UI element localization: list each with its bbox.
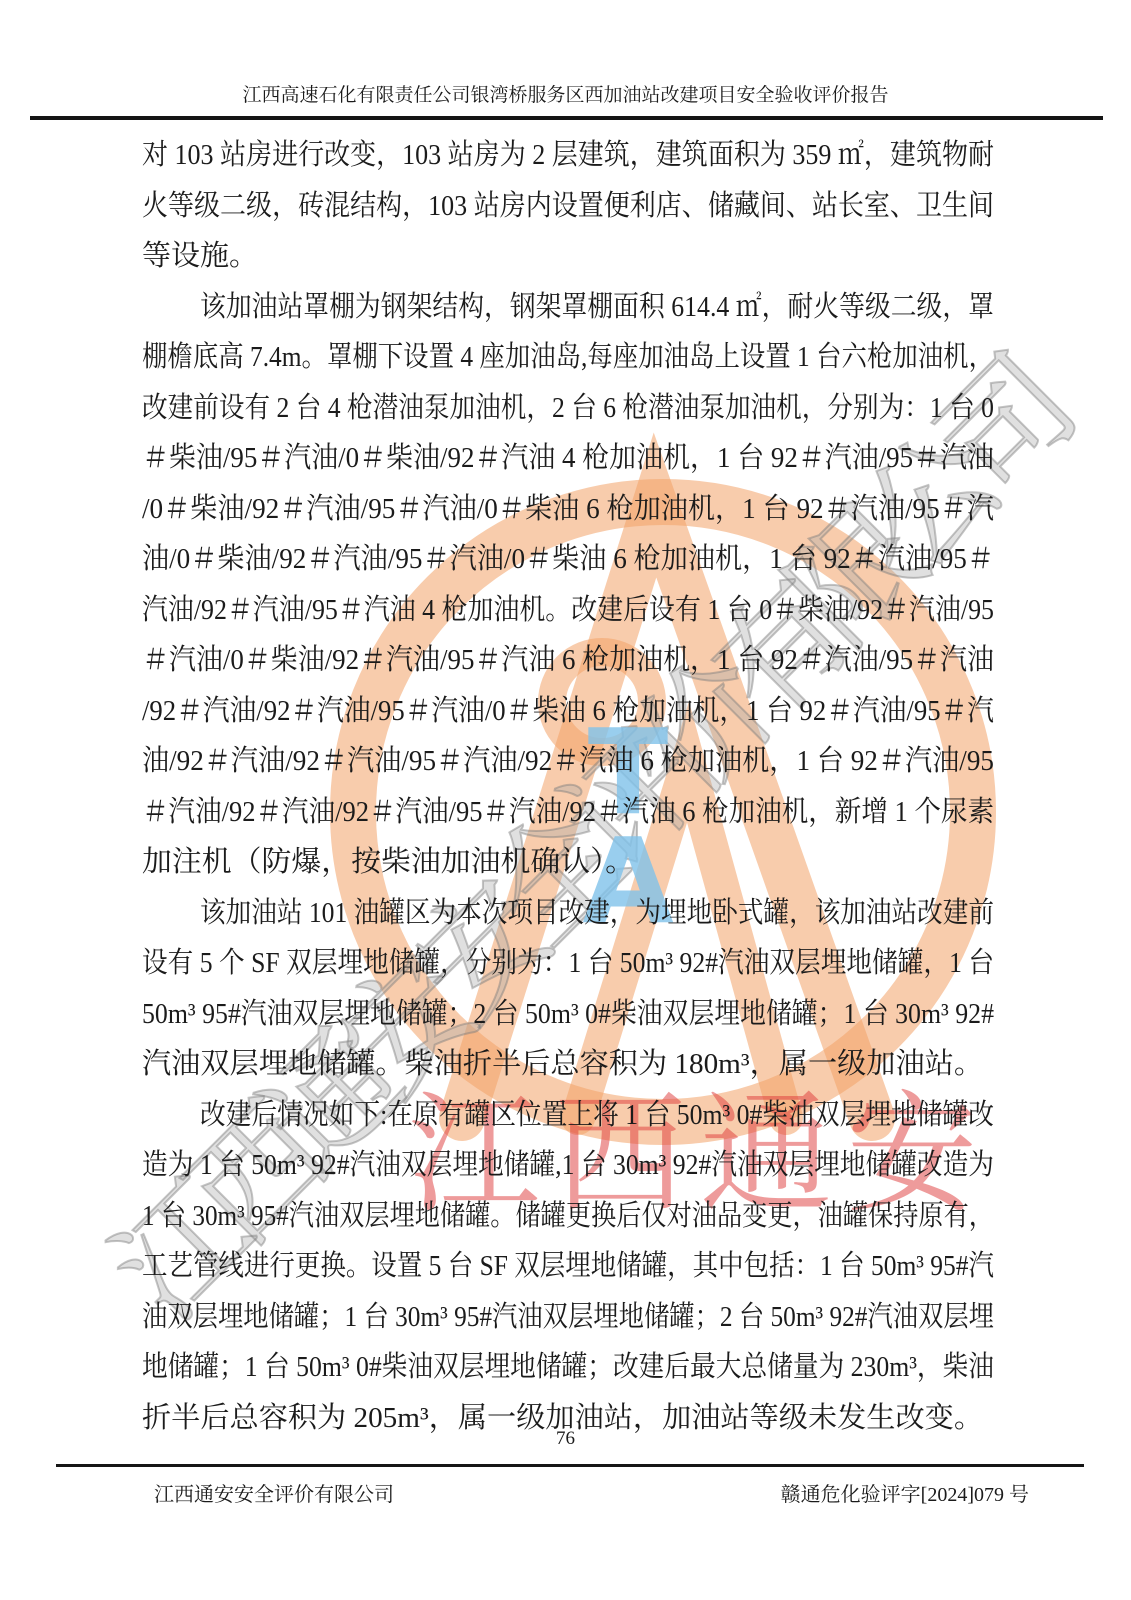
svg-text:＃柴油/95＃汽油/0＃柴油/92＃汽油 4 枪加油机，1: ＃柴油/95＃汽油/0＃柴油/92＃汽油 4 枪加油机，1 台 92＃汽油/95… <box>142 441 994 474</box>
body-line: ＃汽油/0＃柴油/92＃汽油/95＃汽油 6 枪加油机，1 台 92＃汽油/95… <box>142 632 994 683</box>
body-line: /92＃汽油/92＃汽油/95＃汽油/0＃柴油 6 枪加油机，1 台 92＃汽油… <box>142 683 994 734</box>
document-page: 江西通安安全评价有限公司 T A 江西通安 江西高速石化有限责任公司银湾桥服务区… <box>0 0 1131 1600</box>
svg-text:对 103 站房进行改变，103 站房为 2 层建筑，建筑面: 对 103 站房进行改变，103 站房为 2 层建筑，建筑面积为 359 ㎡，建… <box>142 138 994 171</box>
svg-text:油双层埋地储罐；1 台 30m³ 95#汽油双层埋地储罐；2: 油双层埋地储罐；1 台 30m³ 95#汽油双层埋地储罐；2 台 50m³ 92… <box>142 1300 994 1333</box>
body-line: ＃柴油/95＃汽油/0＃柴油/92＃汽油 4 枪加油机，1 台 92＃汽油/95… <box>142 430 994 481</box>
footer-doc-number: 赣通危化验评字[2024]079 号 <box>781 1478 1029 1507</box>
svg-text:＃汽油/92＃汽油/92＃汽油/95＃汽油/92＃汽油 6: ＃汽油/92＃汽油/92＃汽油/95＃汽油/92＃汽油 6 枪加油机，新增 1 … <box>142 795 994 828</box>
svg-text:改建后情况如下:在原有罐区位置上将 1 台 50m³ 0#柴: 改建后情况如下:在原有罐区位置上将 1 台 50m³ 0#柴油双层埋地储罐改 <box>200 1098 994 1131</box>
svg-text:造为 1 台 50m³ 92#汽油双层埋地储罐,1 台 30: 造为 1 台 50m³ 92#汽油双层埋地储罐,1 台 30m³ 92#汽油双层… <box>142 1148 994 1181</box>
body-line: 汽油/92＃汽油/95＃汽油 4 枪加油机。改建后设有 1 台 0＃柴油/92＃… <box>142 582 994 633</box>
body-line: 50m³ 95#汽油双层埋地储罐；2 台 50m³ 0#柴油双层埋地储罐；1 台… <box>142 986 994 1037</box>
footer-rule <box>56 1464 1084 1467</box>
body-line: 改建前设有 2 台 4 枪潜油泵加油机，2 台 6 枪潜油泵加油机，分别为：1 … <box>142 380 994 431</box>
svg-text:工艺管线进行更换。设置 5 台 SF 双层埋地储罐，其中包括: 工艺管线进行更换。设置 5 台 SF 双层埋地储罐，其中包括：1 台 50m³ … <box>142 1249 994 1282</box>
svg-text:汽油双层埋地储罐。柴油折半后总容积为 180m³，属一级加油: 汽油双层埋地储罐。柴油折半后总容积为 180m³，属一级加油站。 <box>142 1047 983 1080</box>
svg-text:等设施。: 等设施。 <box>142 239 258 272</box>
footer-row: 江西通安安全评价有限公司 赣通危化验评字[2024]079 号 <box>56 1478 1084 1507</box>
svg-text:地储罐；1 台 50m³ 0#柴油双层埋地储罐；改建后最大总: 地储罐；1 台 50m³ 0#柴油双层埋地储罐；改建后最大总储量为 230m³，… <box>142 1350 994 1383</box>
body-line: 设有 5 个 SF 双层埋地储罐，分别为：1 台 50m³ 92#汽油双层埋地储… <box>142 935 994 986</box>
svg-text:/92＃汽油/92＃汽油/95＃汽油/0＃柴油 6 枪加油机: /92＃汽油/92＃汽油/95＃汽油/0＃柴油 6 枪加油机，1 台 92＃汽油… <box>142 694 994 727</box>
svg-text:改建前设有 2 台 4 枪潜油泵加油机，2 台 6 枪潜油泵: 改建前设有 2 台 4 枪潜油泵加油机，2 台 6 枪潜油泵加油机，分别为：1 … <box>142 391 994 424</box>
svg-text:加注机（防爆，按柴油加油机确认）。: 加注机（防爆，按柴油加油机确认）。 <box>142 845 635 878</box>
body-line: 该加油站 101 油罐区为本次项目改建，为埋地卧式罐，该加油站改建前 <box>142 885 994 936</box>
body-line: 工艺管线进行更换。设置 5 台 SF 双层埋地储罐，其中包括：1 台 50m³ … <box>142 1238 994 1289</box>
body-line: 等设施。 <box>142 228 994 279</box>
body-line: 油/0＃柴油/92＃汽油/95＃汽油/0＃柴油 6 枪加油机，1 台 92＃汽油… <box>142 531 994 582</box>
footer-company: 江西通安安全评价有限公司 <box>154 1478 394 1507</box>
svg-text:该加油站 101 油罐区为本次项目改建，为埋地卧式罐，该加油: 该加油站 101 油罐区为本次项目改建，为埋地卧式罐，该加油站改建前 <box>200 896 994 929</box>
body-line: 棚檐底高 7.4m。罩棚下设置 4 座加油岛,每座加油岛上设置 1 台六枪加油机… <box>142 329 994 380</box>
header-title: 江西高速石化有限责任公司银湾桥服务区西加油站改建项目安全验收评价报告 <box>0 80 1131 107</box>
svg-text:该加油站罩棚为钢架结构，钢架罩棚面积 614.4 ㎡，耐火等: 该加油站罩棚为钢架结构，钢架罩棚面积 614.4 ㎡，耐火等级二级，罩 <box>200 290 994 323</box>
body-line: /0＃柴油/92＃汽油/95＃汽油/0＃柴油 6 枪加油机，1 台 92＃汽油/… <box>142 481 994 532</box>
header-rule <box>30 116 1103 120</box>
svg-text:火等级二级，砖混结构，103 站房内设置便利店、储藏间、站长: 火等级二级，砖混结构，103 站房内设置便利店、储藏间、站长室、卫生间 <box>142 189 994 222</box>
svg-text:＃汽油/0＃柴油/92＃汽油/95＃汽油 6 枪加油机，1: ＃汽油/0＃柴油/92＃汽油/95＃汽油 6 枪加油机，1 台 92＃汽油/95… <box>142 643 994 676</box>
body-line: 油/92＃汽油/92＃汽油/95＃汽油/92＃汽油 6 枪加油机，1 台 92＃… <box>142 733 994 784</box>
svg-text:油/0＃柴油/92＃汽油/95＃汽油/0＃柴油 6 枪加油机: 油/0＃柴油/92＃汽油/95＃汽油/0＃柴油 6 枪加油机，1 台 92＃汽油… <box>142 542 994 575</box>
body-line: 火等级二级，砖混结构，103 站房内设置便利店、储藏间、站长室、卫生间 <box>142 178 994 229</box>
svg-text:1 台 30m³ 95#汽油双层埋地储罐。储罐更换后仅对油品: 1 台 30m³ 95#汽油双层埋地储罐。储罐更换后仅对油品变更，油罐保持原有， <box>142 1199 994 1232</box>
body-line: ＃汽油/92＃汽油/92＃汽油/95＃汽油/92＃汽油 6 枪加油机，新增 1 … <box>142 784 994 835</box>
body-text: 对 103 站房进行改变，103 站房为 2 层建筑，建筑面积为 359 ㎡，建… <box>142 127 994 1440</box>
body-line: 加注机（防爆，按柴油加油机确认）。 <box>142 834 994 885</box>
svg-text:油/92＃汽油/92＃汽油/95＃汽油/92＃汽油 6 枪加: 油/92＃汽油/92＃汽油/95＃汽油/92＃汽油 6 枪加油机，1 台 92＃… <box>142 744 994 777</box>
body-line: 1 台 30m³ 95#汽油双层埋地储罐。储罐更换后仅对油品变更，油罐保持原有， <box>142 1188 994 1239</box>
body-line: 造为 1 台 50m³ 92#汽油双层埋地储罐,1 台 30m³ 92#汽油双层… <box>142 1137 994 1188</box>
svg-text:汽油/92＃汽油/95＃汽油 4 枪加油机。改建后设有 1: 汽油/92＃汽油/95＃汽油 4 枪加油机。改建后设有 1 台 0＃柴油/92＃… <box>142 593 994 626</box>
svg-text:/0＃柴油/92＃汽油/95＃汽油/0＃柴油 6 枪加油机，: /0＃柴油/92＃汽油/95＃汽油/0＃柴油 6 枪加油机，1 台 92＃汽油/… <box>142 492 994 525</box>
body-line: 对 103 站房进行改变，103 站房为 2 层建筑，建筑面积为 359 ㎡，建… <box>142 127 994 178</box>
body-line: 油双层埋地储罐；1 台 30m³ 95#汽油双层埋地储罐；2 台 50m³ 92… <box>142 1289 994 1340</box>
body-line: 汽油双层埋地储罐。柴油折半后总容积为 180m³，属一级加油站。 <box>142 1036 994 1087</box>
body-line: 改建后情况如下:在原有罐区位置上将 1 台 50m³ 0#柴油双层埋地储罐改 <box>142 1087 994 1138</box>
body-line: 地储罐；1 台 50m³ 0#柴油双层埋地储罐；改建后最大总储量为 230m³，… <box>142 1339 994 1390</box>
svg-text:棚檐底高 7.4m。罩棚下设置 4 座加油岛,每座加油岛上设: 棚檐底高 7.4m。罩棚下设置 4 座加油岛,每座加油岛上设置 1 台六枪加油机… <box>142 340 994 373</box>
page-number: 76 <box>0 1428 1131 1450</box>
svg-text:设有 5 个 SF 双层埋地储罐，分别为：1 台 50m³: 设有 5 个 SF 双层埋地储罐，分别为：1 台 50m³ 92#汽油双层埋地储… <box>142 946 994 979</box>
body-line: 该加油站罩棚为钢架结构，钢架罩棚面积 614.4 ㎡，耐火等级二级，罩 <box>142 279 994 330</box>
svg-text:50m³ 95#汽油双层埋地储罐；2 台 50m³ 0#柴油: 50m³ 95#汽油双层埋地储罐；2 台 50m³ 0#柴油双层埋地储罐；1 台… <box>142 997 994 1030</box>
